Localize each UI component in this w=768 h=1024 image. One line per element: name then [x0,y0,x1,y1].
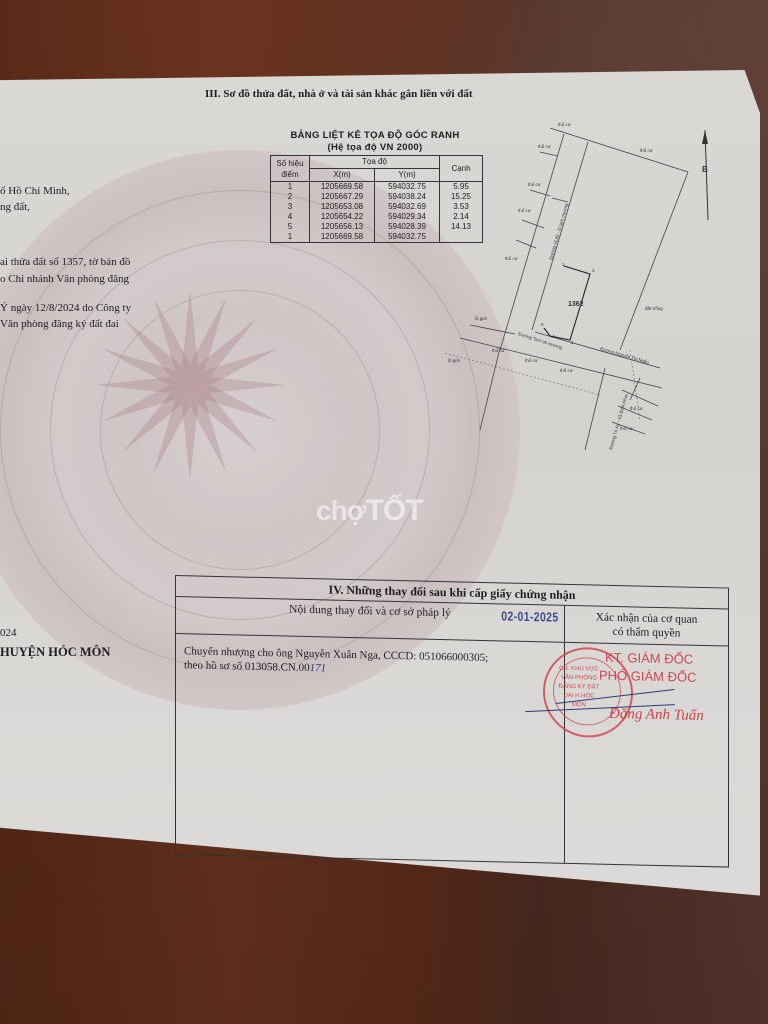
section-iv-changes-table: IV. Những thay đổi sau khi cấp giấy chứn… [175,575,729,868]
header-coords: Tọa độ [310,156,440,169]
drum-star-icon [90,285,290,485]
watermark-part1: chợ [316,495,366,526]
signer-role-line1: KT. GIÁM ĐỐC [605,650,693,667]
map-label: thổ cư [528,181,541,187]
map-label: thổ cư [560,367,573,373]
map-label: lộ giới [448,358,460,363]
coordinate-cell-x: 1205669.58 [310,182,375,193]
map-label: lộ giới [475,316,487,321]
left-text-line: ố Hồ Chí Minh, [0,185,70,197]
north-arrow-icon: B [702,130,708,220]
watermark-part2: TỐT [366,494,423,527]
coordinate-cell-point: 5 [271,222,310,232]
header-confirm-column: Xác nhận của cơ quan có thẩm quyền [565,606,728,646]
dossier-handwritten: 171 [310,662,327,674]
coordinate-cell-x: 1205653.08 [310,202,375,212]
change-content-cell: Chuyển nhượng cho ông Nguyễn Xuân Nga, C… [176,634,565,863]
road-label: Đường Tam tài mương [518,331,564,350]
section-iii-title: III. Sơ đồ thửa đất, nhà ở và tài sản kh… [205,88,473,100]
chotot-watermark: chợTỐT [316,494,423,528]
coordinate-cell-y: 594032.69 [375,202,440,212]
vertex-label: 3 [592,268,595,273]
coordinate-cell-y: 594028.39 [375,222,440,232]
coordinate-cell-x: 1205654.22 [310,212,375,222]
parcel-number: 1362 [568,301,584,308]
coordinate-cell-y: 594032.75 [375,232,440,243]
map-label: thổ cư [538,143,551,149]
header-confirm-line2: có thẩm quyền [565,624,728,642]
coordinate-cell-x: 1205656.13 [310,222,375,232]
change-entry: Chuyển nhượng cho ông Nguyễn Xuân Nga, C… [184,644,488,679]
left-text-line: ai thửa đất số 1357, tờ bản đồ [0,256,130,268]
map-label: thổ cư [505,255,518,261]
dossier-prefix: theo hồ sơ số 013058.CN.00 [184,659,310,674]
date-stamp: 02-01-2025 [501,608,558,624]
coordinate-cell-point: 2 [271,192,310,202]
left-text-line: ng đất, [0,201,30,213]
map-label: thổ cư [630,405,643,411]
map-label: thổ cư [525,357,538,363]
signer-name: Đặng Anh Tuấn [609,706,704,725]
header-y: Y(m) [375,169,440,182]
confirmation-cell: CN. KHU VỰC VĂN PHÒNG ĐĂNG KÝ ĐẤT ĐAI H.… [565,643,728,867]
coordinate-cell-y: 594029.34 [375,212,440,222]
north-label: B [702,165,708,174]
left-text-line: Văn phòng đăng ký đất đai [0,318,119,330]
issuing-authority: HUYỆN HÓC MÔN [0,645,110,660]
coordinate-cell-point: 4 [271,212,310,222]
left-text-line: Ỷ ngày 12/8/2024 do Công ty [0,302,131,314]
left-text-line: o Chi nhánh Văn phòng đăng [0,273,129,285]
map-label: thổ cư [640,147,653,153]
map-label: thổ cư [492,347,505,353]
coordinate-cell-y: 594032.75 [375,182,440,193]
coordinate-cell-x: 1205669.58 [310,232,375,243]
vertex-label: 5 [541,322,544,327]
signer-role-line2: PHÓ GIÁM ĐỐC [599,668,697,685]
map-label: thổ cư [518,207,531,213]
header-content-label: Nội dung thay đổi và cơ sở pháp lý [289,604,451,620]
map-label: thổ cư [558,121,571,127]
road-label: Đường Tô Ký - 43 Bình Phúc [608,392,629,450]
coordinate-cell-y: 594038.24 [375,192,440,202]
road-label: Đường Nguyễn Thị Ngâu [600,345,651,365]
road-label: Đường HL65 - lộ tạm mương [548,202,569,260]
header-x: X(m) [310,169,375,182]
parcel-map: 1362 1 3 2 4 5 thổ cư thổ cư thổ cư thổ … [440,110,740,480]
coordinate-cell-point: 1 [271,182,310,193]
seal-text: CN. KHU VỰC VĂN PHÒNG ĐĂNG KÝ ĐẤT ĐAI H.… [557,665,601,711]
vertex-label: 2 [571,340,574,345]
coordinate-cell-x: 1205667.29 [310,192,375,202]
map-label: thổ cư [620,425,633,431]
map-label: đất trống [645,306,663,311]
coordinate-cell-point: 3 [271,202,310,212]
header-point-no: Số hiệu điểm [271,156,310,182]
coordinate-cell-point: 1 [271,232,310,243]
left-text-line: 024 [0,627,17,639]
